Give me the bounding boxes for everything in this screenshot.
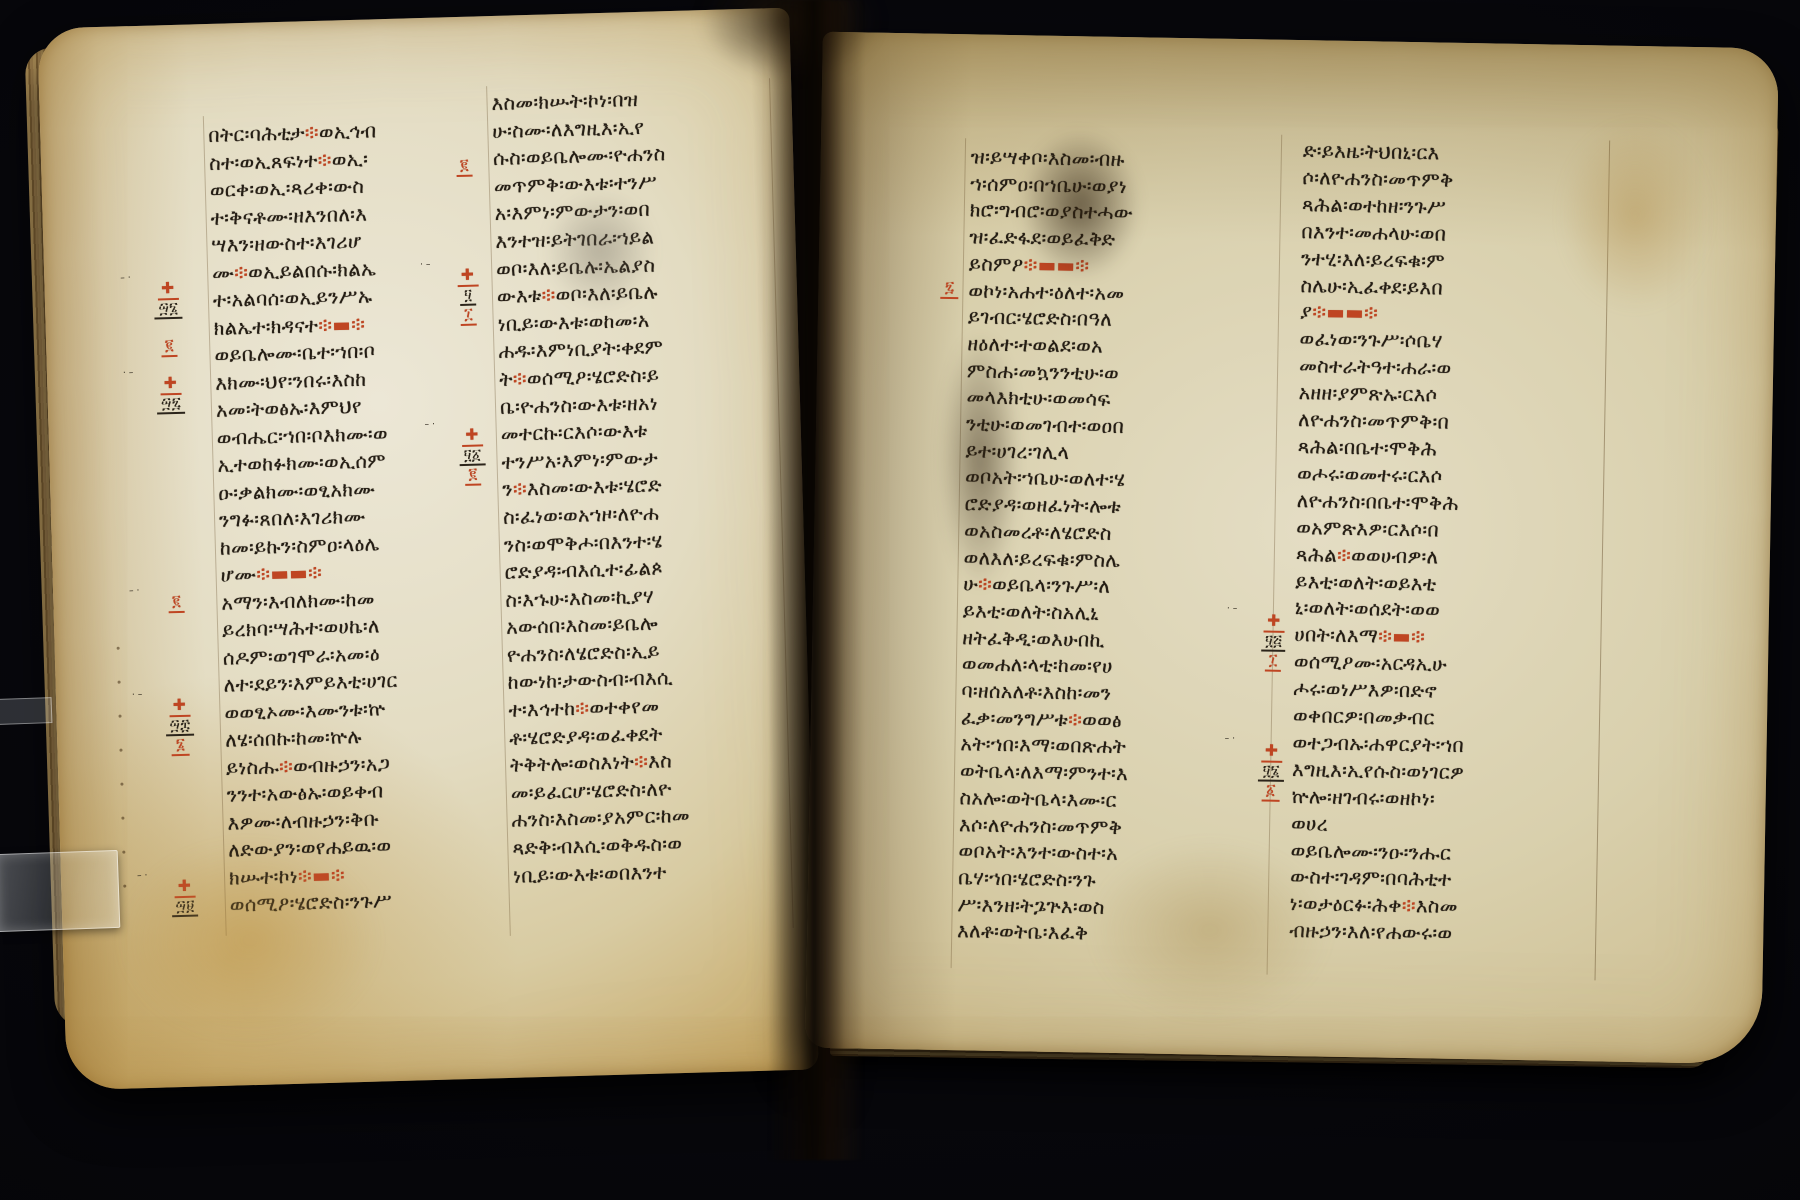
text-column-right-2: ድ፡ይእዜ፡ትህበኒ፡ርእሶ፡ለዮሐንስ፡መጥምቅጻሕል፡ወተከዘ፡ንጉሥበእን… <box>1289 138 1595 950</box>
transparent-page-weight-tab <box>0 850 120 932</box>
canon-section-marker: –·✚፵፮ <box>144 272 191 321</box>
canon-section-marker: ·–✚፶፭፲ <box>1250 604 1297 672</box>
text-column-left-2: እስመ፡ክሡት፡ኮነ፡በዝሁ፡ስሙ፡ለእግዚእ፡ኢየሱስ፡ወይቤሎሙ፡ዮሐንስመ… <box>491 82 793 890</box>
canon-section-marker: ፪ <box>441 156 488 177</box>
transparent-page-weight-edge <box>0 697 52 725</box>
canon-section-marker: –·✚፶፮፩ <box>1248 734 1295 802</box>
text-line: እለቶ፡ወትቤ፡እፈቅ <box>957 919 1243 951</box>
text-line: ብዙኃን፡እለ፡የሐውሩ፡ወ <box>1289 918 1581 950</box>
canon-section-marker: ፯ <box>926 279 972 300</box>
canon-section-marker: –·፪ <box>153 584 200 613</box>
canon-section-marker: –·✚፶፩፪ <box>448 418 496 486</box>
canon-section-marker: ·–✚፵፯ <box>147 366 194 415</box>
text-column-right-1: ዝ፡ይሣቀቦ፡እስመ፡ብዙኀ፡ሰምዐ፡በኀቤሁ፡ወያነክሮ፡ግብሮ፡ወያስተሓው… <box>957 144 1257 950</box>
column-ruling-line <box>1595 140 1611 980</box>
manuscript-photo: በትር፡ባሕቲታ፨ወኢኅብስተ፡ወኢጸፍነተ፨ወኢ፡ወርቀ፡ወኢ፡ጻሪቀ፡ውስተ… <box>0 0 1800 1200</box>
left-page: በትር፡ባሕቲታ፨ወኢኅብስተ፡ወኢጸፍነተ፨ወኢ፡ወርቀ፡ወኢ፡ጻሪቀ፡ውስተ… <box>37 8 818 1091</box>
text-line: ኵሎ፡ዘገብሩ፡ወዘኮነ፡ <box>1291 784 1583 816</box>
canon-section-marker: ፪ <box>146 337 193 358</box>
canon-section-marker: –·✚፵፱ <box>161 869 208 918</box>
canon-section-marker: ·–✚፵፰፮ <box>156 688 204 756</box>
right-page: ዝ፡ይሣቀቦ፡እስመ፡ብዙኀ፡ሰምዐ፡በኀቤሁ፡ወያነክሮ፡ግብሮ፡ወያስተሓው… <box>805 32 1779 1065</box>
canon-section-marker: ·–✚፶፲ <box>444 258 492 326</box>
